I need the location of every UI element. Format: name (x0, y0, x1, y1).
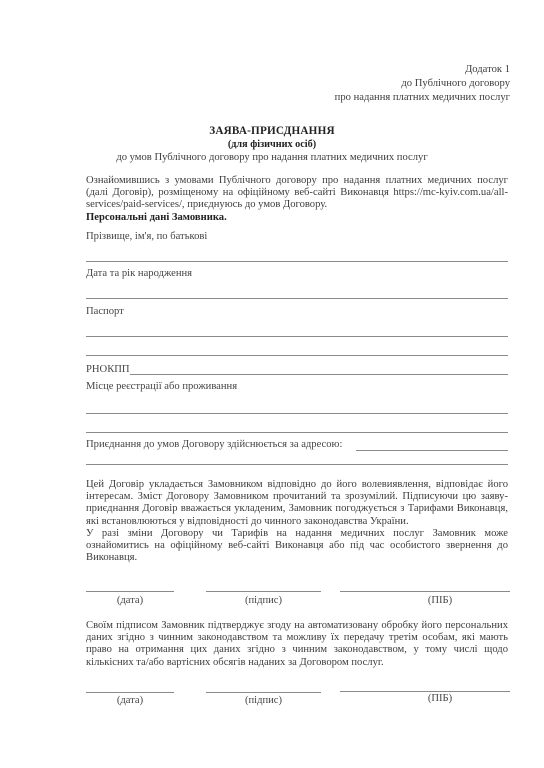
agreement-section: Цей Договір укладається Замовником відпо… (86, 479, 508, 564)
document-header: ЗАЯВА-ПРИСДНАННЯ (для фізичних осіб) до … (0, 125, 544, 164)
document-title: ЗАЯВА-ПРИСДНАННЯ (0, 125, 544, 138)
agreement-paragraph-1: Цей Договір укладається Замовником відпо… (86, 479, 508, 528)
signature1-date-caption: (дата) (86, 595, 174, 606)
tax-id-field[interactable] (130, 374, 508, 375)
signature1-name-field[interactable] (340, 591, 510, 592)
intro-paragraph: Ознайомившись з умовами Публічного догов… (86, 175, 508, 224)
signature2-date-caption: (дата) (86, 695, 174, 706)
joining-address-field-line-1[interactable] (356, 450, 508, 451)
signature1-signature-caption: (підпис) (206, 595, 321, 606)
agreement-paragraph-2: У разі зміни Договору чи Тарифів на нада… (86, 528, 508, 565)
annex-contract-subject: про надання платних медичних послуг (335, 91, 510, 105)
tax-id-label: РНОКПП (86, 364, 130, 375)
intro-text: Ознайомившись з умовами Публічного догов… (86, 175, 508, 212)
birth-date-field[interactable] (86, 298, 508, 299)
passport-label: Паспорт (86, 306, 124, 317)
address-field-line-1[interactable] (86, 413, 508, 414)
consent-paragraph: Своїм підписом Замовник підтверджує згод… (86, 620, 508, 669)
signature2-signature-caption: (підпис) (206, 695, 321, 706)
passport-field-line-1[interactable] (86, 336, 508, 337)
annex-reference: Додаток 1 до Публічного договору про над… (335, 63, 510, 105)
full-name-label: Прізвище, ім'я, по батькові (86, 231, 207, 242)
signature2-name-field[interactable] (340, 691, 510, 692)
signature1-signature-field[interactable] (206, 591, 321, 592)
signature2-signature-field[interactable] (206, 692, 321, 693)
passport-field-line-2[interactable] (86, 355, 508, 356)
address-label: Місце реєстрації або проживання (86, 381, 237, 392)
annex-number: Додаток 1 (335, 63, 510, 77)
document-subtitle: (для фізичних осіб) (0, 138, 544, 151)
address-field-line-2[interactable] (86, 432, 508, 433)
joining-address-label: Приєднання до умов Договору здійснюється… (86, 439, 342, 450)
signature2-date-field[interactable] (86, 692, 174, 693)
document-subject: до умов Публічного договору про надання … (0, 151, 544, 164)
personal-data-heading: Персональні дані Замовника. (86, 212, 508, 224)
joining-address-field-line-2[interactable] (86, 464, 508, 465)
full-name-field[interactable] (86, 261, 508, 262)
signature1-date-field[interactable] (86, 591, 174, 592)
signature2-name-caption: (ПІБ) (410, 693, 470, 704)
document-page: Додаток 1 до Публічного договору про над… (0, 0, 544, 768)
signature1-name-caption: (ПІБ) (410, 595, 470, 606)
annex-contract: до Публічного договору (335, 77, 510, 91)
birth-date-label: Дата та рік народження (86, 268, 192, 279)
